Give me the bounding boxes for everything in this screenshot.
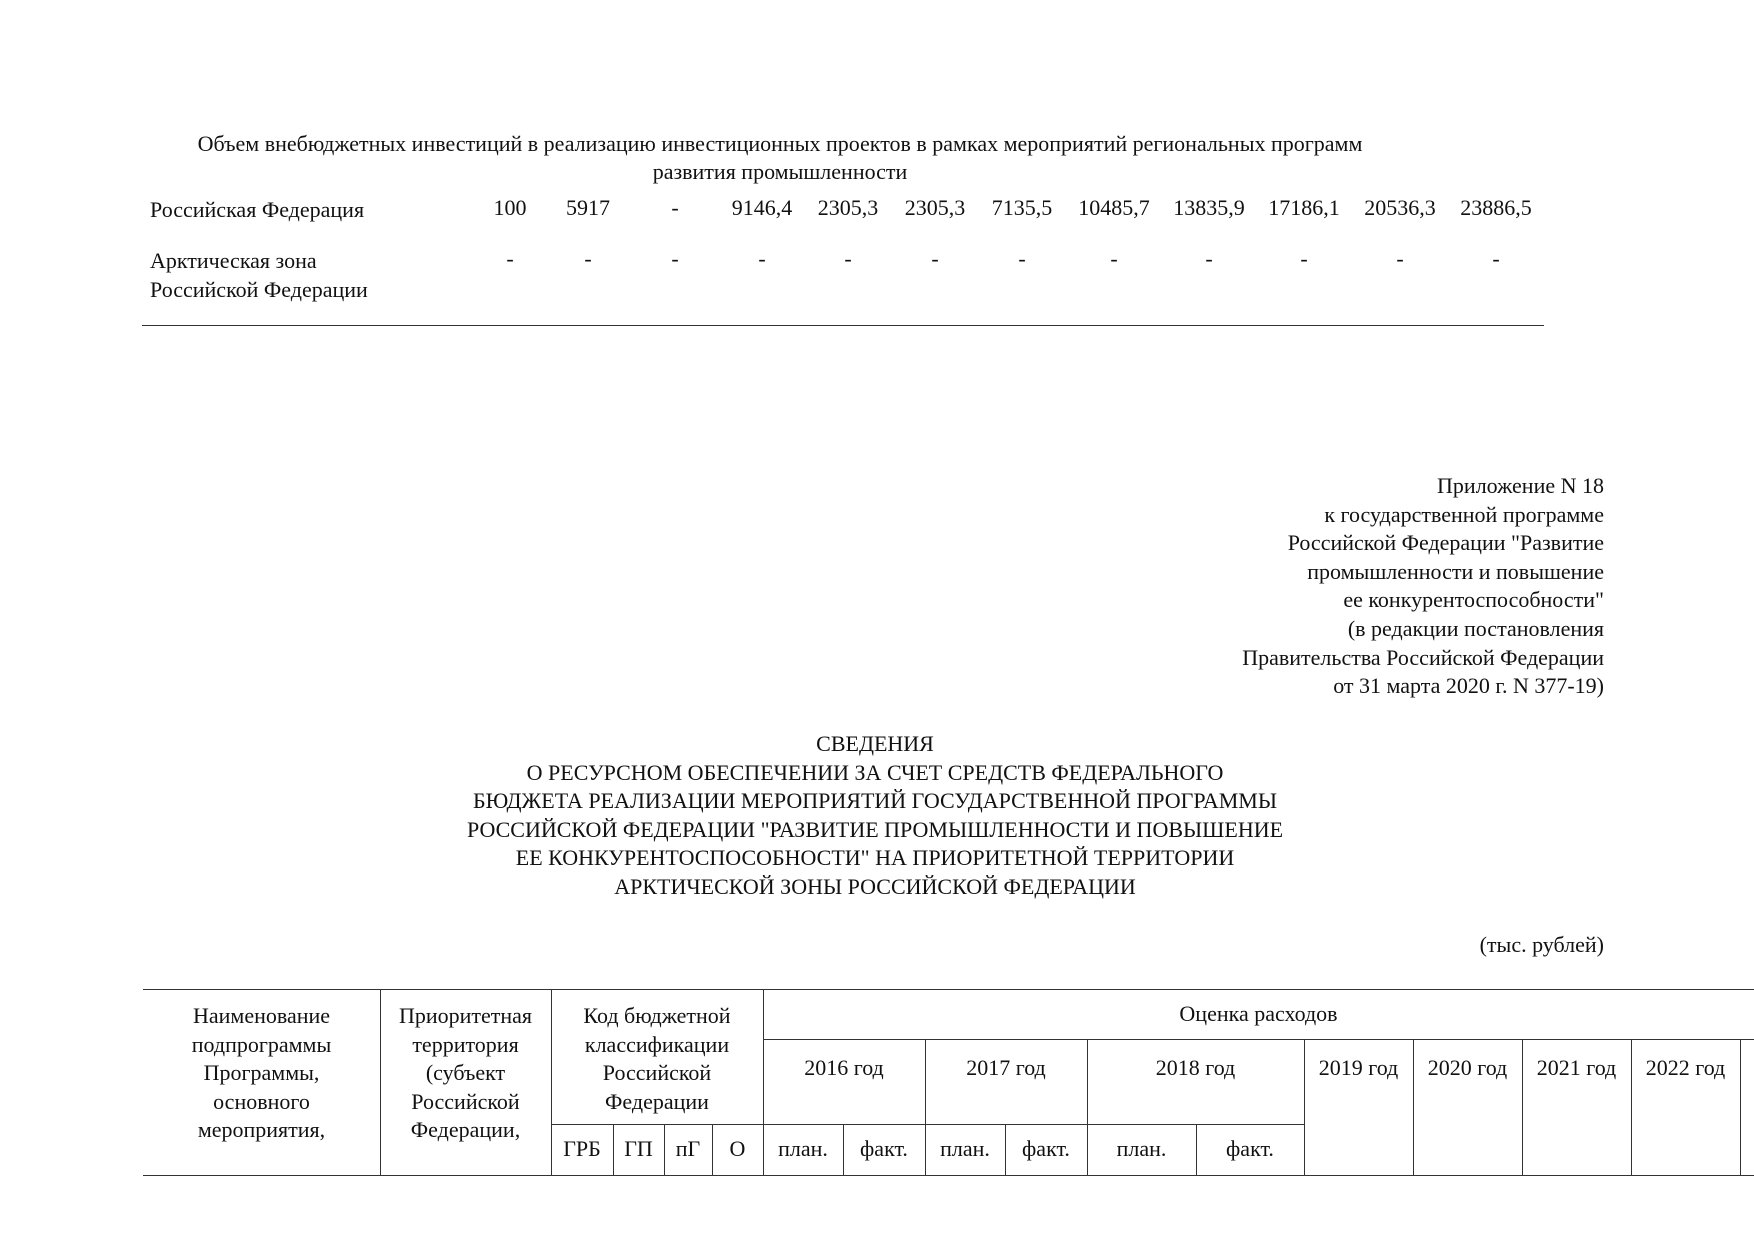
table-cell: 20536,3 (1355, 195, 1445, 221)
header-year: 2017 год (925, 1054, 1087, 1083)
table-cell: 10485,7 (1069, 195, 1159, 221)
header-line: классификации (551, 1031, 763, 1060)
table-bottom-rule (142, 325, 1544, 326)
table-cell: - (465, 246, 555, 272)
table-cell: 2305,3 (890, 195, 980, 221)
header-year: 2016 год (763, 1054, 925, 1083)
table-cell: - (1164, 246, 1254, 272)
appendix-line: от 31 марта 2020 г. N 377-19) (1242, 672, 1604, 701)
header-plan: план. (763, 1135, 843, 1164)
table-cell: - (1069, 246, 1159, 272)
appendix-line: Правительства Российской Федерации (1242, 644, 1604, 673)
table-cell: - (977, 246, 1067, 272)
rule (143, 989, 1754, 990)
table-cell: - (543, 246, 633, 272)
heading-line: БЮДЖЕТА РЕАЛИЗАЦИИ МЕРОПРИЯТИЙ ГОСУДАРСТ… (300, 787, 1450, 816)
appendix-line: ее конкурентоспособности" (1242, 586, 1604, 615)
header-gp: ГП (613, 1135, 664, 1164)
table-cell: 5917 (543, 195, 633, 221)
table-cell: 7135,5 (977, 195, 1067, 221)
header-grb: ГРБ (551, 1135, 613, 1164)
table-cell: - (630, 195, 720, 221)
header-fact: факт. (843, 1135, 925, 1164)
table-cell: - (890, 246, 980, 272)
appendix-note: Приложение N 18 к государственной програ… (1242, 472, 1604, 701)
header-fact: факт. (1005, 1135, 1087, 1164)
header-fact: факт. (1196, 1135, 1304, 1164)
heading-line: СВЕДЕНИЯ (300, 730, 1450, 759)
header-expenses: Оценка расходов (763, 1000, 1754, 1029)
table-cell: 100 (465, 195, 555, 221)
heading-line: ЕЕ КОНКУРЕНТОСПОСОБНОСТИ" НА ПРИОРИТЕТНО… (300, 844, 1450, 873)
rule (143, 1175, 1754, 1176)
header-plan: план. (925, 1135, 1005, 1164)
header-year: 2018 год (1087, 1054, 1304, 1083)
table-cell: 17186,1 (1259, 195, 1349, 221)
rule (1740, 1039, 1741, 1176)
table-cell: - (1355, 246, 1445, 272)
header-territory: Приоритетная территория (субъект Российс… (380, 1002, 551, 1145)
table-cell: - (1451, 246, 1541, 272)
header-line: территория (380, 1031, 551, 1060)
header-year: 2020 год (1413, 1054, 1522, 1083)
heading-line: АРКТИЧЕСКОЙ ЗОНЫ РОССИЙСКОЙ ФЕДЕРАЦИИ (300, 873, 1450, 902)
rule (551, 1124, 763, 1125)
appendix-line: к государственной программе (1242, 501, 1604, 530)
row-label-line: Российской Федерации (150, 275, 368, 304)
header-line: мероприятия, (143, 1116, 380, 1145)
heading-line: РОССИЙСКОЙ ФЕДЕРАЦИИ "РАЗВИТИЕ ПРОМЫШЛЕН… (300, 816, 1450, 845)
row-label: Арктическая зона Российской Федерации (150, 246, 368, 304)
header-year: 2021 год (1522, 1054, 1631, 1083)
table-cell: 9146,4 (717, 195, 807, 221)
header-year: 2019 год (1304, 1054, 1413, 1083)
header-line: Код бюджетной (551, 1002, 763, 1031)
header-line: основного (143, 1088, 380, 1117)
section-title-line2: развития промышленности (130, 158, 1430, 186)
header-line: Российской (551, 1059, 763, 1088)
rule (763, 1039, 1754, 1040)
section-title-line1: Объем внебюджетных инвестиций в реализац… (130, 130, 1430, 158)
table-cell: 13835,9 (1164, 195, 1254, 221)
header-pg: пГ (664, 1135, 712, 1164)
header-name: Наименование подпрограммы Программы, осн… (143, 1002, 380, 1145)
table-cell: - (630, 246, 720, 272)
header-line: (субъект (380, 1059, 551, 1088)
header-line: Российской (380, 1088, 551, 1117)
units-label: (тыс. рублей) (1480, 932, 1604, 958)
row-label: Российская Федерация (150, 195, 364, 224)
row-label-line: Арктическая зона (150, 246, 368, 275)
row-label-line: Российская Федерация (150, 195, 364, 224)
appendix-line: (в редакции постановления (1242, 615, 1604, 644)
table-cell: - (803, 246, 893, 272)
table-cell: 2305,3 (803, 195, 893, 221)
header-o: О (712, 1135, 763, 1164)
header-plan: план. (1087, 1135, 1196, 1164)
section-title: Объем внебюджетных инвестиций в реализац… (130, 130, 1430, 186)
heading-line: О РЕСУРСНОМ ОБЕСПЕЧЕНИИ ЗА СЧЕТ СРЕДСТВ … (300, 759, 1450, 788)
header-line: Наименование (143, 1002, 380, 1031)
header-line: Программы, (143, 1059, 380, 1088)
header-budget-code: Код бюджетной классификации Российской Ф… (551, 1002, 763, 1116)
header-year: 2022 год (1631, 1054, 1740, 1083)
appendix-line: Российской Федерации "Развитие (1242, 529, 1604, 558)
appendix-line: Приложение N 18 (1242, 472, 1604, 501)
table-cell: - (717, 246, 807, 272)
header-line: Приоритетная (380, 1002, 551, 1031)
header-line: подпрограммы (143, 1031, 380, 1060)
header-line: Федерации, (380, 1116, 551, 1145)
appendix-line: промышленности и повышение (1242, 558, 1604, 587)
table-cell: 23886,5 (1451, 195, 1541, 221)
header-line: Федерации (551, 1088, 763, 1117)
rule (763, 1124, 1304, 1125)
document-heading: СВЕДЕНИЯ О РЕСУРСНОМ ОБЕСПЕЧЕНИИ ЗА СЧЕТ… (300, 730, 1450, 902)
table-cell: - (1259, 246, 1349, 272)
